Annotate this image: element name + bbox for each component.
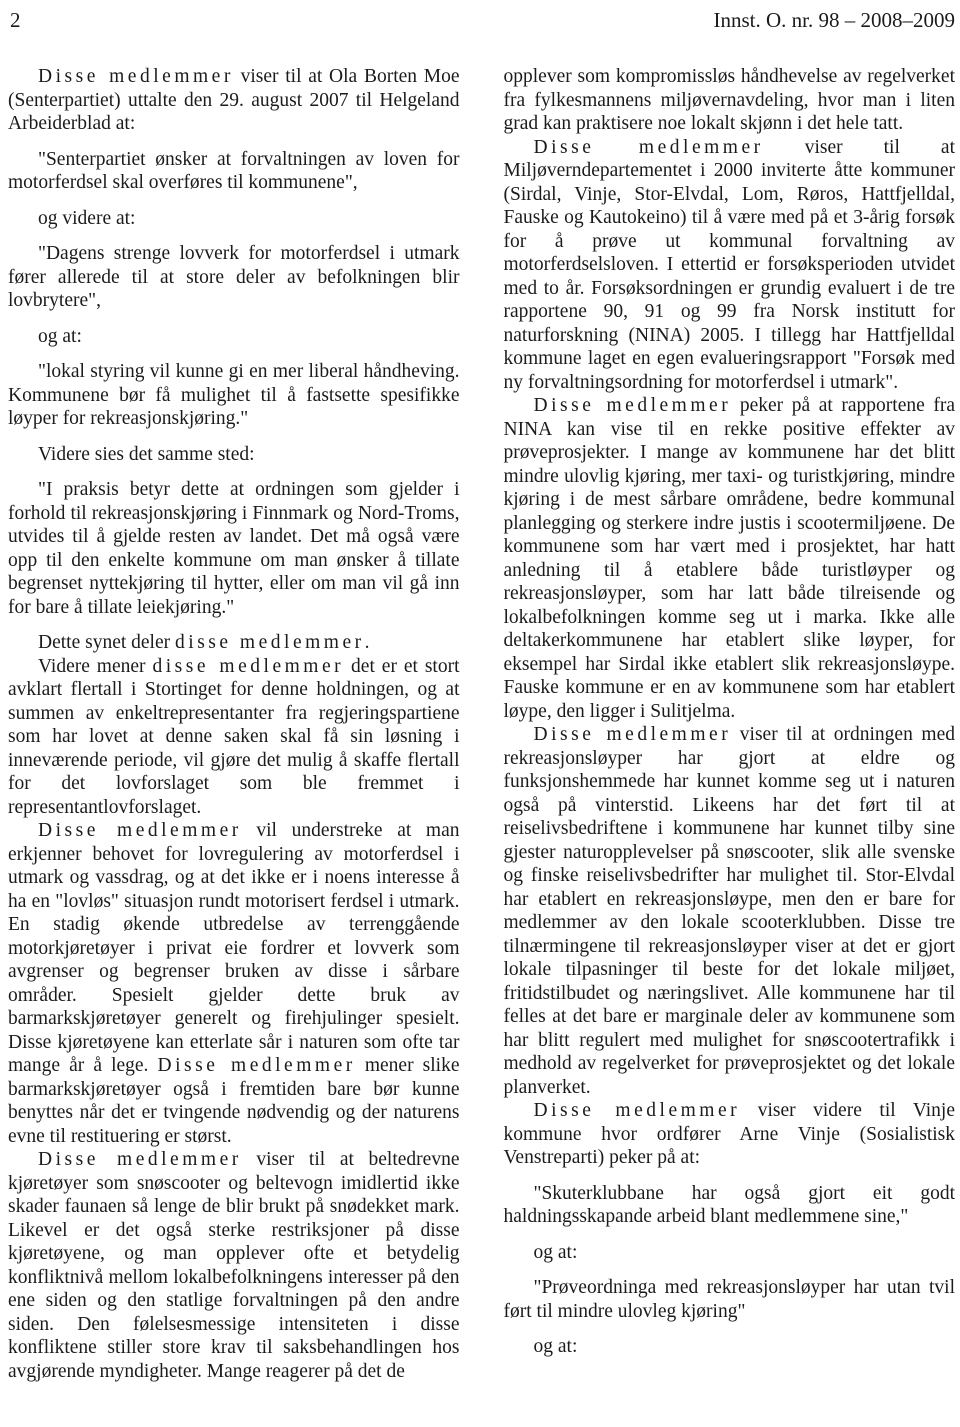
- quote-paragraph: "Skuterklubbane har også gjort eit godt …: [504, 1182, 956, 1229]
- letter-spaced-phrase: Disse medlemmer: [534, 395, 732, 416]
- text-run: Dette synet deler: [38, 632, 175, 653]
- text-run: og at:: [534, 1336, 578, 1357]
- text-run: viser til at beltedrevne kjøretøyer som …: [8, 1149, 460, 1382]
- body-paragraph: Disse medlemmer vil understreke at man e…: [8, 819, 460, 1148]
- body-paragraph: Disse medlemmer peker på at rapportene f…: [504, 394, 956, 723]
- body-paragraph: Disse medlemmer viser til at ordningen m…: [504, 723, 956, 1099]
- left-column: Disse medlemmer viser til at Ola Borten …: [8, 65, 460, 1383]
- text-columns: Disse medlemmer viser til at Ola Borten …: [8, 65, 955, 1383]
- letter-spaced-phrase: Disse medlemmer: [38, 820, 242, 841]
- body-paragraph: Disse medlemmer viser til at Ola Borten …: [8, 65, 460, 136]
- letter-spaced-phrase: Disse medlemmer: [158, 1055, 356, 1076]
- text-run: og at:: [534, 1242, 578, 1263]
- right-column: opplever som kompromissløs håndhevelse a…: [504, 65, 956, 1383]
- letter-spaced-phrase: Disse medlemmer: [38, 66, 234, 87]
- text-run: opplever som kompromissløs håndhevelse a…: [504, 66, 956, 134]
- text-run: vil understreke at man erkjenner behovet…: [8, 820, 460, 1076]
- quote-paragraph: "Prøveordninga med rekreasjonsløyper har…: [504, 1276, 956, 1323]
- letter-spaced-phrase: Disse medlemmer: [38, 1149, 242, 1170]
- page-number: 2: [8, 8, 21, 32]
- text-run: .: [365, 632, 370, 653]
- connector-paragraph: og at:: [8, 325, 460, 349]
- text-run: viser til at Miljøverndepartementet i 20…: [504, 137, 956, 393]
- quote-paragraph: "Dagens strenge lovverk for motorferdsel…: [8, 242, 460, 313]
- running-header: 2 Innst. O. nr. 98 – 2008–2009: [8, 8, 955, 32]
- text-run: og videre at:: [38, 208, 135, 229]
- document-header-title: Innst. O. nr. 98 – 2008–2009: [714, 8, 956, 32]
- body-paragraph: Disse medlemmer viser til at beltedrevne…: [8, 1148, 460, 1383]
- body-paragraph: Videre mener disse medlemmer det er et s…: [8, 655, 460, 820]
- connector-paragraph: og videre at:: [8, 207, 460, 231]
- connector-paragraph: Videre sies det samme sted:: [8, 443, 460, 467]
- text-run: "Senterpartiet ønsker at forvaltningen a…: [8, 149, 460, 194]
- text-run: Videre sies det samme sted:: [38, 444, 255, 465]
- text-run: og at:: [38, 326, 82, 347]
- body-paragraph: Dette synet deler disse medlemmer.: [8, 631, 460, 655]
- connector-paragraph: og at:: [504, 1335, 956, 1359]
- letter-spaced-phrase: disse medlemmer: [175, 632, 365, 653]
- text-run: "Skuterklubbane har også gjort eit godt …: [504, 1183, 956, 1228]
- quote-paragraph: "lokal styring vil kunne gi en mer liber…: [8, 360, 460, 431]
- body-paragraph: Disse medlemmer viser til at Miljøvernde…: [504, 136, 956, 395]
- letter-spaced-phrase: Disse medlemmer: [534, 724, 732, 745]
- body-paragraph: opplever som kompromissløs håndhevelse a…: [504, 65, 956, 136]
- text-run: "I praksis betyr dette at ordningen som …: [8, 479, 460, 618]
- text-run: viser til at ordningen med rekreasjonslø…: [504, 724, 956, 1098]
- text-run: det er et stort avklart flertall i Stort…: [8, 656, 460, 818]
- text-run: Videre mener: [38, 656, 152, 677]
- quote-paragraph: "I praksis betyr dette at ordningen som …: [8, 478, 460, 619]
- text-run: "Dagens strenge lovverk for motorferdsel…: [8, 243, 460, 311]
- letter-spaced-phrase: disse medlemmer: [152, 656, 344, 677]
- text-run: peker på at rapportene fra NINA kan vise…: [504, 395, 956, 722]
- text-run: "Prøveordninga med rekreasjonsløyper har…: [504, 1277, 956, 1322]
- letter-spaced-phrase: Disse medlemmer: [534, 1100, 741, 1121]
- text-run: "lokal styring vil kunne gi en mer liber…: [8, 361, 460, 429]
- letter-spaced-phrase: Disse medlemmer: [534, 137, 764, 158]
- body-paragraph: Disse medlemmer viser videre til Vinje k…: [504, 1099, 956, 1170]
- connector-paragraph: og at:: [504, 1241, 956, 1265]
- quote-paragraph: "Senterpartiet ønsker at forvaltningen a…: [8, 148, 460, 195]
- document-page: 2 Innst. O. nr. 98 – 2008–2009 Disse med…: [0, 0, 960, 1427]
